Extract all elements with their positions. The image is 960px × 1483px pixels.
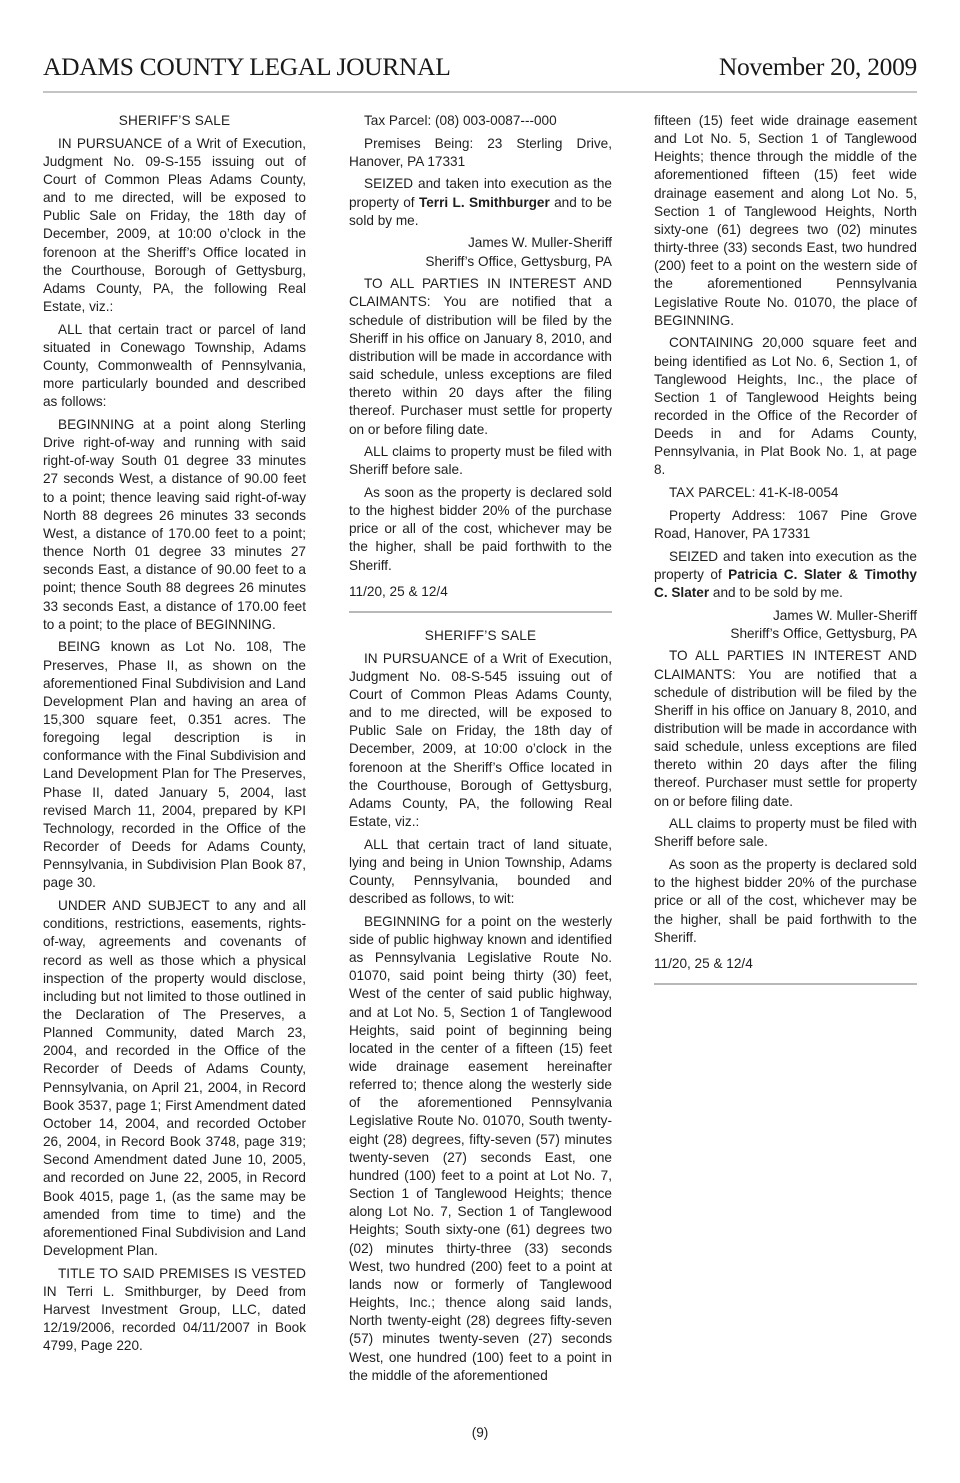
notice-1-under-subject: UNDER AND SUBJECT to any and all conditi…	[43, 897, 306, 1260]
sheriff-office: Sheriff’s Office, Gettysburg, PA	[654, 625, 917, 643]
notice-2-pursuance: IN PURSUANCE of a Writ of Execution, Jud…	[349, 650, 612, 832]
page-number: (9)	[0, 1425, 960, 1440]
notice-2-tract: ALL that certain tract of land situate, …	[349, 836, 612, 909]
notice-2-claimants: TO ALL PARTIES IN INTEREST AND CLAIMANTS…	[654, 647, 917, 810]
notice-1-payment: As soon as the property is declared sold…	[349, 484, 612, 575]
notice-1-seized: SEIZED and taken into execution as the p…	[349, 175, 612, 229]
notice-1-title-vested: TITLE TO SAID PREMISES IS VESTED IN Terr…	[43, 1265, 306, 1356]
column-2: Tax Parcel: (08) 003-0087---000 Premises…	[349, 112, 612, 1389]
notice-2-seized: SEIZED and taken into execution as the p…	[654, 548, 917, 602]
sheriff-name: James W. Muller-Sheriff	[349, 234, 612, 252]
notice-1-publication-dates: 11/20, 25 & 12/4	[349, 583, 612, 601]
notice-2-beginning-continued: fifteen (15) feet wide drainage easement…	[654, 112, 917, 330]
notice-1-tax-parcel: Tax Parcel: (08) 003-0087---000	[349, 112, 612, 130]
column-3: fifteen (15) feet wide drainage easement…	[654, 112, 917, 999]
notice-end-divider	[654, 983, 917, 985]
notice-divider	[349, 611, 612, 613]
notice-1-premises: Premises Being: 23 Sterling Drive, Hanov…	[349, 135, 612, 171]
notice-1-signature: James W. Muller-Sheriff Sheriff’s Office…	[349, 234, 612, 270]
column-1: SHERIFF’S SALE IN PURSUANCE of a Writ of…	[43, 112, 306, 1360]
notice-2-claims: ALL claims to property must be filed wit…	[654, 815, 917, 851]
page-header: ADAMS COUNTY LEGAL JOURNAL November 20, …	[43, 52, 917, 86]
issue-date: November 20, 2009	[719, 52, 917, 82]
notice-1-tract: ALL that certain tract or parcel of land…	[43, 321, 306, 412]
journal-title: ADAMS COUNTY LEGAL JOURNAL	[43, 52, 451, 82]
sheriff-office: Sheriff’s Office, Gettysburg, PA	[349, 253, 612, 271]
sheriff-name: James W. Muller-Sheriff	[654, 607, 917, 625]
property-owner: Terri L. Smithburger	[419, 195, 550, 210]
notice-1-being-known: BEING known as Lot No. 108, The Preserve…	[43, 638, 306, 892]
notice-1-pursuance: IN PURSUANCE of a Writ of Execution, Jud…	[43, 135, 306, 317]
notice-1-claimants: TO ALL PARTIES IN INTEREST AND CLAIMANTS…	[349, 275, 612, 438]
notice-2-containing: CONTAINING 20,000 square feet and being …	[654, 334, 917, 479]
notice-2-property-address: Property Address: 1067 Pine Grove Road, …	[654, 507, 917, 543]
notice-2-signature: James W. Muller-Sheriff Sheriff’s Office…	[654, 607, 917, 643]
notice-1-claims: ALL claims to property must be filed wit…	[349, 443, 612, 479]
header-divider	[43, 91, 917, 93]
notice-1-beginning: BEGINNING at a point along Sterling Driv…	[43, 416, 306, 634]
notice-2-tax-parcel: TAX PARCEL: 41-K-I8-0054	[654, 484, 917, 502]
notice-2-publication-dates: 11/20, 25 & 12/4	[654, 955, 917, 973]
notice-1-heading: SHERIFF’S SALE	[43, 112, 306, 130]
notice-2-beginning: BEGINNING for a point on the westerly si…	[349, 913, 612, 1385]
seized-suffix: and to be sold by me.	[709, 585, 843, 600]
notice-2-heading: SHERIFF’S SALE	[349, 627, 612, 645]
notice-2-payment: As soon as the property is declared sold…	[654, 856, 917, 947]
